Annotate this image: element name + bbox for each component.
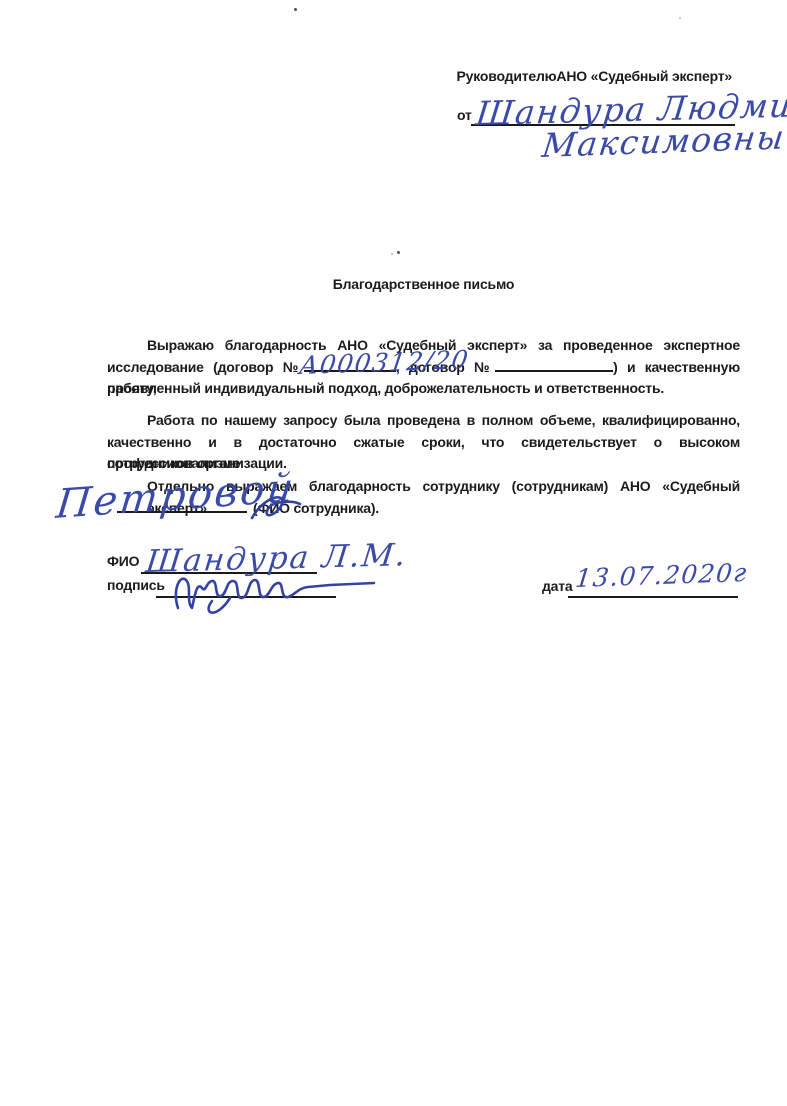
from-label: от [457,105,472,127]
p1-line3-text: проявленный индивидуальный подход, добро… [107,380,664,396]
signature-label: подпись [107,575,165,597]
handwritten-date: 13.07.2020г [574,558,749,593]
employee-name-flourish [248,490,318,526]
second-contract-blank [495,357,613,372]
scan-speck [294,8,297,11]
date-underline [568,596,738,598]
p2-line2: качественно и в достаточно сжатые сроки,… [107,432,740,454]
p1-line2-pre: исследование (договор № [107,359,304,375]
paragraph-gratitude: Выражаю благодарность АНО «Судебный эксп… [107,335,740,400]
recipient-line: РуководителюАНО «Судебный эксперт» [107,68,732,84]
signature-flourish [168,568,400,614]
contract-number-blank: А000312/20 [304,357,396,372]
scan-speck [391,253,393,255]
handwritten-sender-name-line2: Максимовны [540,117,787,165]
p2-line1-text: Работа по нашему запросу была проведена … [147,412,740,428]
handwritten-contract-number: А000312/20 [298,349,471,377]
fio-label: ФИО [107,551,139,573]
date-label: дата [542,576,573,598]
p1-line3: проявленный индивидуальный подход, добро… [107,378,740,400]
scan-speck [397,251,400,254]
p1-line2: исследование (договор №А000312/20, догов… [107,357,740,379]
scan-speck [679,17,681,19]
p2-line1: Работа по нашему запросу была проведена … [107,410,740,432]
paragraph-work-quality: Работа по нашему запросу была проведена … [107,410,740,475]
letter-title: Благодарственное письмо [107,276,740,292]
scanned-letter-page: РуководителюАНО «Судебный эксперт» от Ша… [0,0,787,1106]
